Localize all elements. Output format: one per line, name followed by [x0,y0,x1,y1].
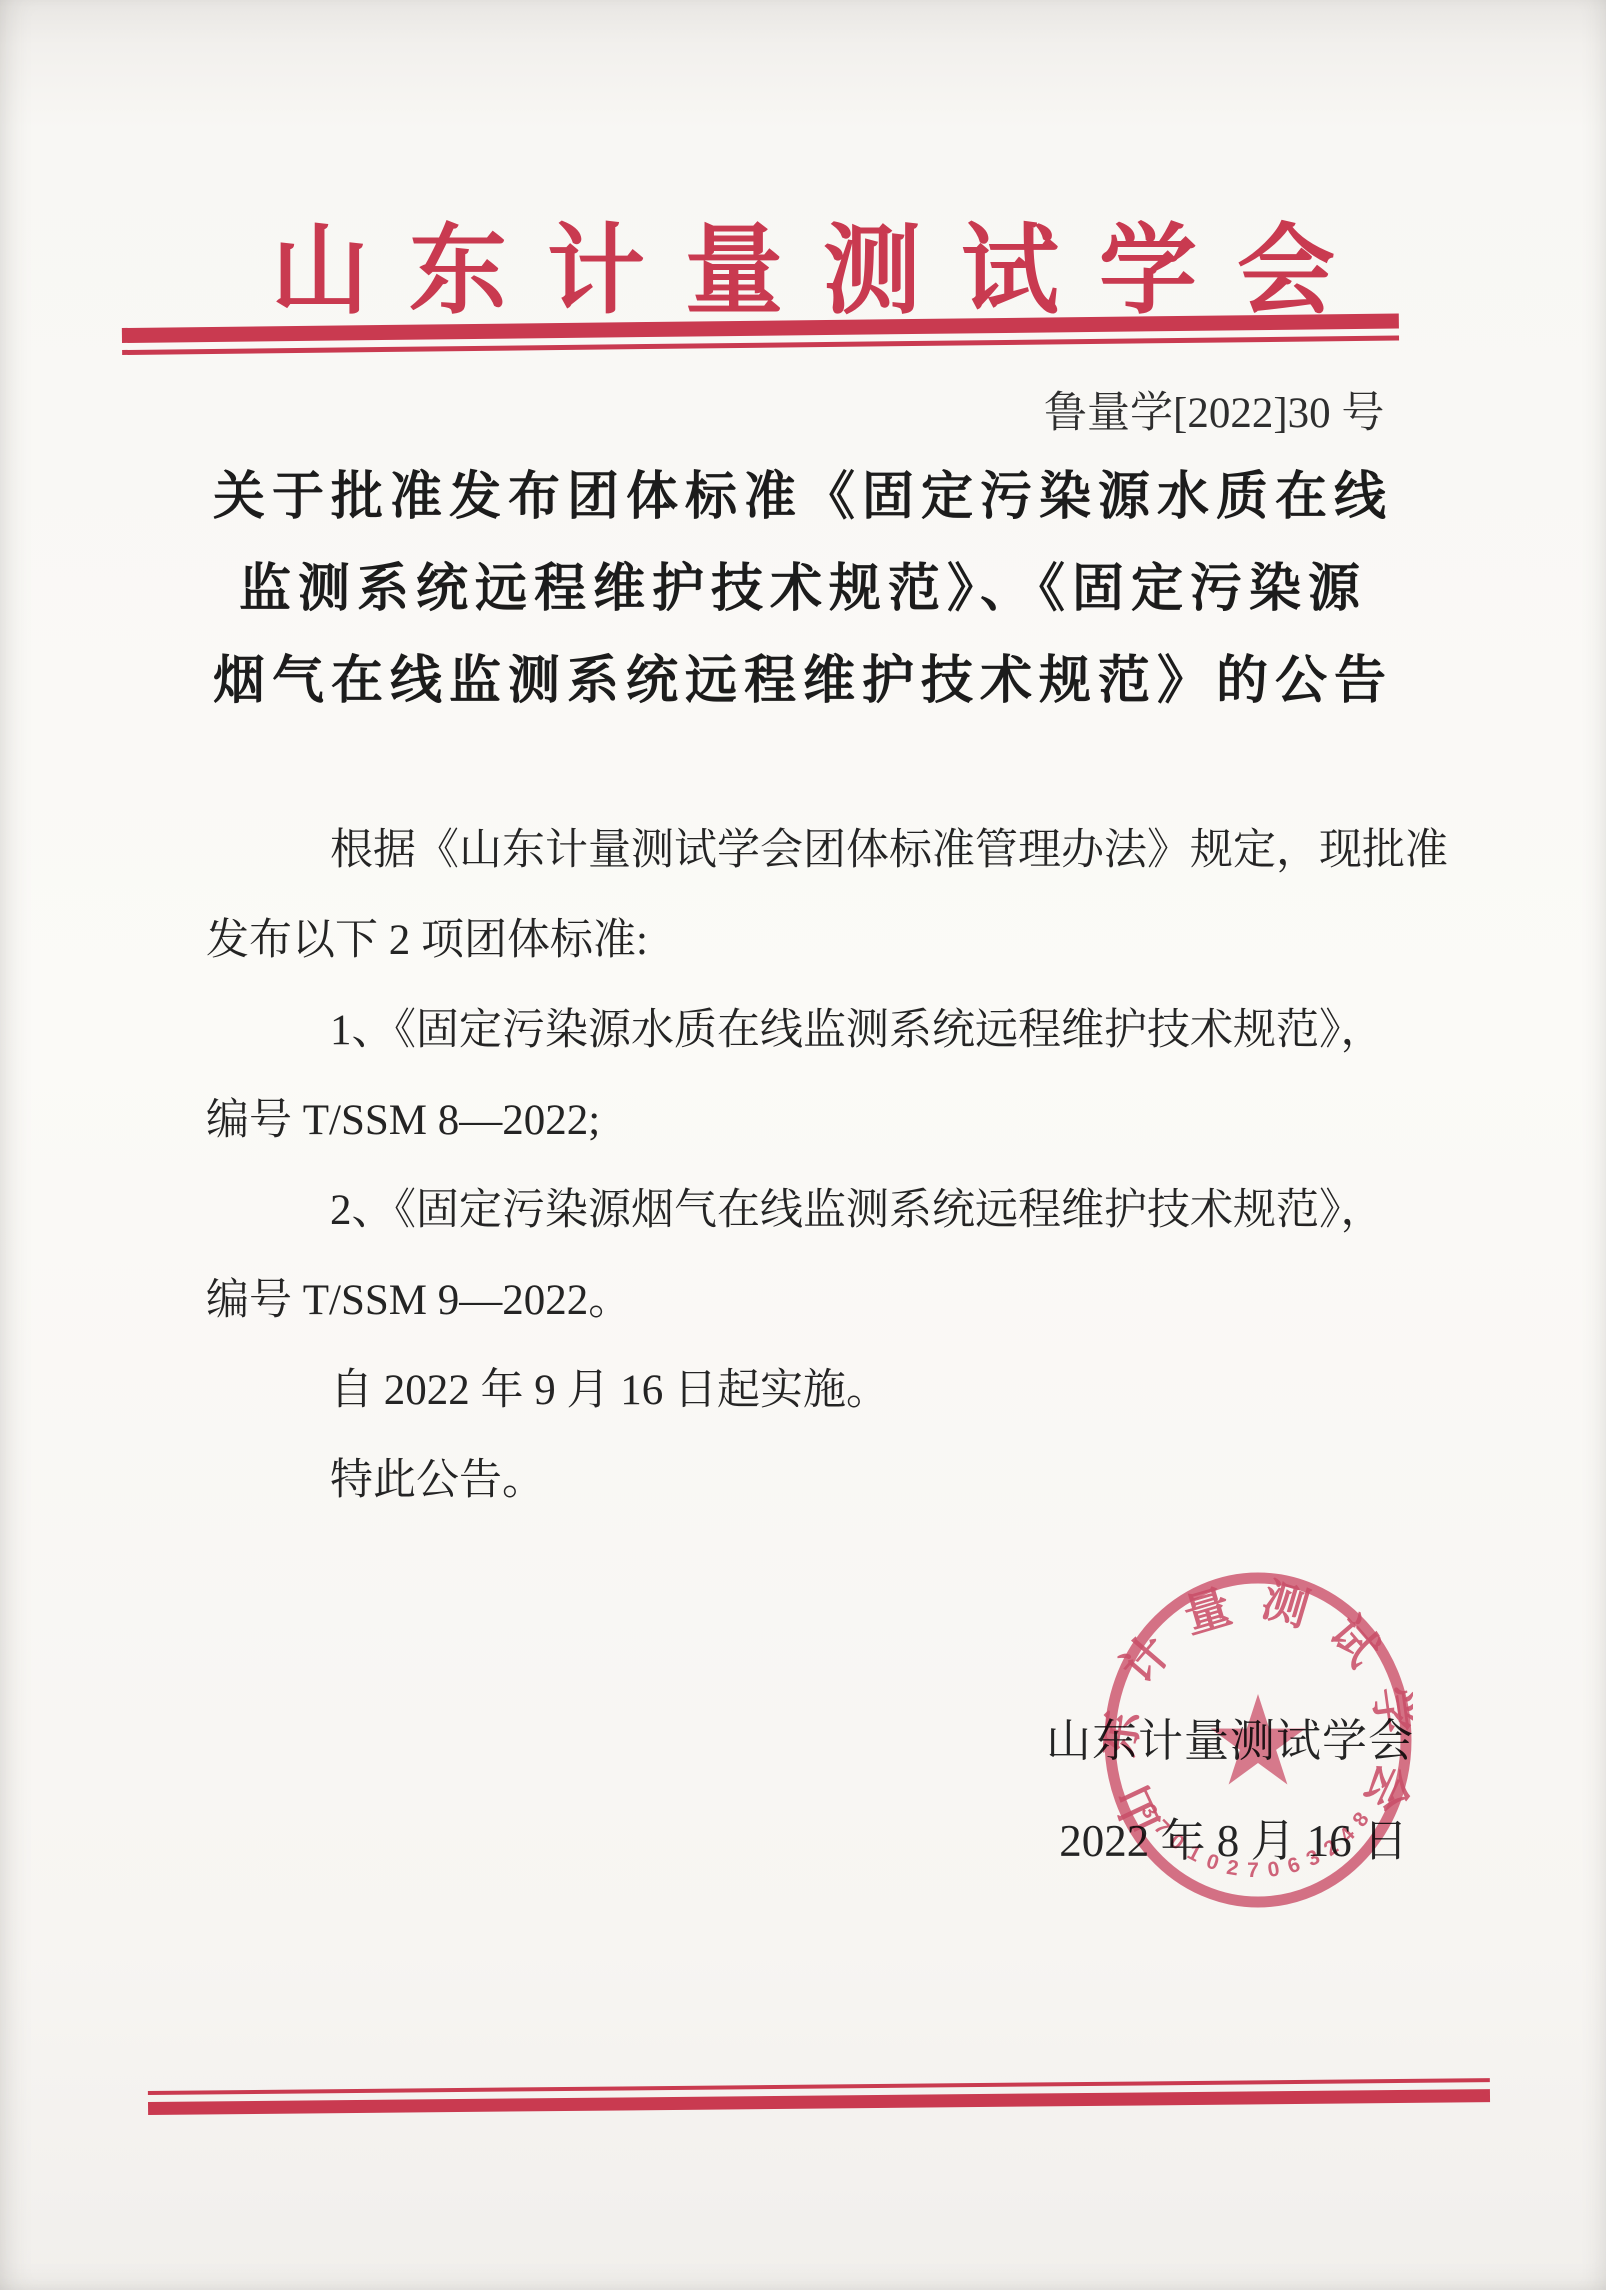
announcement-title-line: 监测系统远程维护技术规范》、《固定污染源 [0,544,1606,636]
seal-star-icon [1210,1694,1305,1785]
body-line: 编号 T/SSM 8—2022; [206,1076,1436,1166]
body-line: 根据《山东计量测试学会团体标准管理办法》规定，现批准 [206,806,1436,896]
body-line: 2、《固定污染源烟气在线监测系统远程维护技术规范》， [206,1166,1436,1256]
document-number: 鲁量学[2022]30 号 [1044,379,1384,440]
body-line: 1、《固定污染源水质在线监测系统远程维护技术规范》， [206,986,1436,1076]
body-line: 发布以下 2 项团体标准: [206,896,1436,986]
announcement-title-line: 关于批准发布团体标准《固定污染源水质在线 [0,452,1606,544]
body-line: 特此公告。 [206,1436,1436,1526]
official-seal: 山东计量测试学会 3701027063248 [1103,1572,1413,1908]
body-line: 编号 T/SSM 9—2022。 [206,1256,1436,1346]
footer-divider [148,2078,1490,2115]
announcement-title-line: 烟气在线监测系统远程维护技术规范》的公告 [0,636,1606,728]
letterhead-title: 山东计量测试学会 [0,192,1606,333]
announcement-title: 关于批准发布团体标准《固定污染源水质在线 监测系统远程维护技术规范》、《固定污染… [0,452,1606,728]
announcement-document-page: 山东计量测试学会 鲁量学[2022]30 号 关于批准发布团体标准《固定污染源水… [0,0,1606,2290]
announcement-body: 根据《山东计量测试学会团体标准管理办法》规定，现批准 发布以下 2 项团体标准:… [206,806,1436,1526]
body-line: 自 2022 年 9 月 16 日起实施。 [206,1346,1436,1436]
